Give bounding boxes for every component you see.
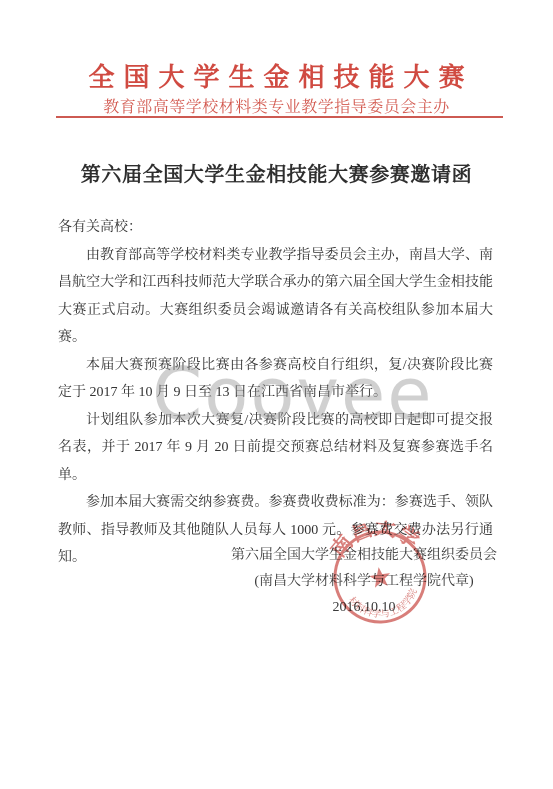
signature-org: 第六届全国大学生金相技能大赛组织委员会 bbox=[231, 543, 497, 569]
signature-block: 第六届全国大学生金相技能大赛组织委员会 (南昌大学材料科学与工程学院代章) 20… bbox=[231, 543, 497, 621]
signature-date: 2016.10.10 bbox=[231, 595, 497, 621]
competition-title: 全国大学生金相技能大赛 bbox=[0, 57, 553, 94]
red-divider bbox=[56, 116, 503, 118]
paragraph-1: 由教育部高等学校材料类专业教学指导委员会主办，南昌大学、南昌航空大学和江西科技师… bbox=[58, 242, 493, 352]
signature-proxy: (南昌大学材料科学与工程学院代章) bbox=[231, 569, 497, 595]
scanned-letter-page: { "colors": { "title_red": "#d04a41", "s… bbox=[0, 0, 553, 789]
invitation-title: 第六届全国大学生金相技能大赛参赛邀请函 bbox=[0, 158, 553, 187]
letter-body: 各有关高校： 由教育部高等学校材料类专业教学指导委员会主办，南昌大学、南昌航空大… bbox=[58, 214, 493, 572]
paragraph-3: 计划组队参加本次大赛复/决赛阶段比赛的高校即日起即可提交报名表，并于 2017 … bbox=[58, 407, 493, 490]
salutation: 各有关高校： bbox=[58, 214, 493, 242]
organizer-subtitle: 教育部高等学校材料类专业教学指导委员会主办 bbox=[0, 94, 553, 117]
paragraph-2: 本届大赛预赛阶段比赛由各参赛高校自行组织，复/决赛阶段比赛定于 2017 年 1… bbox=[58, 352, 493, 407]
